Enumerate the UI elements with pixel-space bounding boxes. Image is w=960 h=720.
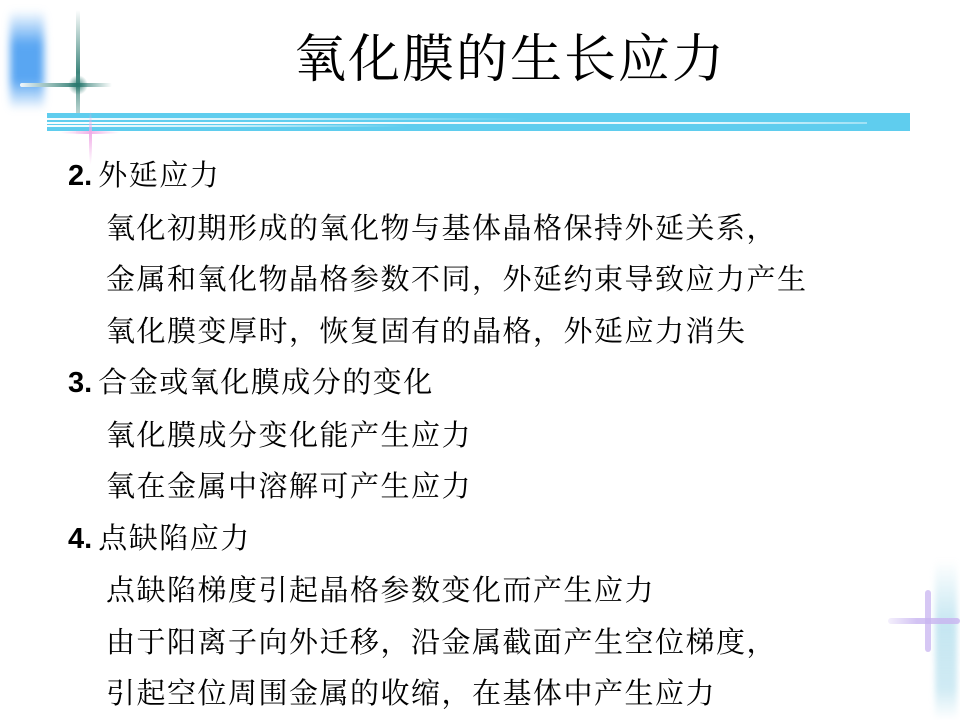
- slide-body: 2.外延应力 氧化初期形成的氧化物与基体晶格保持外延关系， 金属和氧化物晶格参数…: [68, 150, 948, 720]
- section-epitaxial-stress: 2.外延应力 氧化初期形成的氧化物与基体晶格保持外延关系， 金属和氧化物晶格参数…: [68, 150, 948, 357]
- body-line: 氧化初期形成的氧化物与基体晶格保持外延关系，: [68, 203, 948, 255]
- section-point-defect-stress: 4.点缺陷应力 点缺陷梯度引起晶格参数变化而产生应力 由于阳离子向外迁移，沿金属…: [68, 513, 948, 720]
- sparkle-star-icon: [888, 590, 960, 654]
- body-line: 氧在金属中溶解可产生应力: [68, 461, 948, 513]
- body-line: 氧化膜变厚时，恢复固有的晶格，外延应力消失: [68, 306, 948, 358]
- section-title: 外延应力: [98, 158, 220, 192]
- section-title: 点缺陷应力: [98, 521, 251, 555]
- section-heading: 3.合金或氧化膜成分的变化: [68, 357, 948, 410]
- slide: 氧化膜的生长应力 2.外延应力 氧化初期形成的氧化物与基体晶格保持外延关系， 金…: [0, 0, 960, 720]
- body-line: 引起空位周围金属的收缩，在基体中产生应力: [68, 668, 948, 720]
- section-heading: 2.外延应力: [68, 150, 948, 203]
- body-line: 金属和氧化物晶格参数不同，外延约束导致应力产生: [68, 254, 948, 306]
- section-heading: 4.点缺陷应力: [68, 513, 948, 566]
- slide-title: 氧化膜的生长应力: [0, 28, 960, 92]
- section-number: 2.: [68, 160, 92, 192]
- body-line: 由于阳离子向外迁移，沿金属截面产生空位梯度，: [68, 617, 948, 669]
- section-title: 合金或氧化膜成分的变化: [98, 365, 434, 399]
- body-line: 氧化膜成分变化能产生应力: [68, 410, 948, 462]
- title-underline-bar: [47, 113, 910, 131]
- section-composition-change: 3.合金或氧化膜成分的变化 氧化膜成分变化能产生应力 氧在金属中溶解可产生应力: [68, 357, 948, 513]
- body-line: 点缺陷梯度引起晶格参数变化而产生应力: [68, 565, 948, 617]
- section-number: 3.: [68, 367, 92, 399]
- section-number: 4.: [68, 523, 92, 555]
